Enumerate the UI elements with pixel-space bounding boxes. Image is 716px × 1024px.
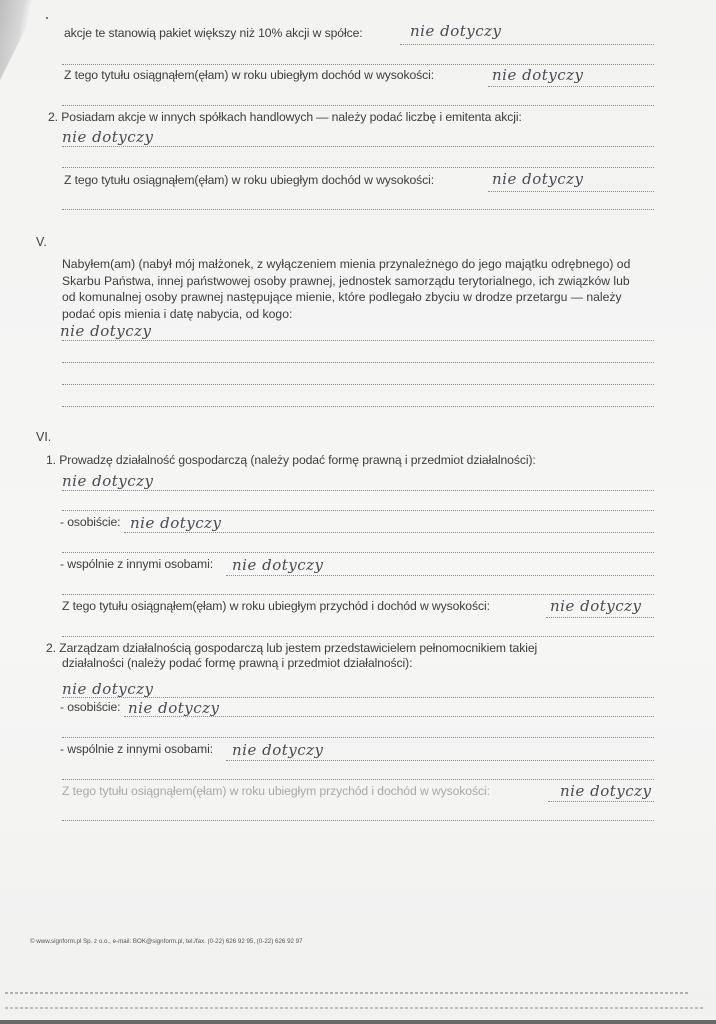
answer-line bbox=[62, 594, 654, 595]
answer-line bbox=[62, 209, 654, 210]
answer-line bbox=[62, 105, 654, 106]
answer-line bbox=[488, 191, 654, 192]
vi-item-1-joint-label: - wspólnie z innymi osobami: bbox=[60, 557, 213, 571]
answer-line bbox=[124, 532, 654, 533]
income-1-answer: nie dotyczy bbox=[492, 66, 584, 84]
answer-line bbox=[62, 340, 654, 341]
answer-line bbox=[226, 760, 654, 761]
vi-item-2-joint-label: - wspólnie z innymi osobami: bbox=[60, 742, 213, 756]
answer-line bbox=[548, 801, 654, 802]
answer-line bbox=[62, 406, 654, 407]
answer-line bbox=[546, 617, 654, 618]
answer-line bbox=[226, 575, 654, 576]
income-2-answer: nie dotyczy bbox=[492, 170, 584, 188]
vi-item-2-income-label: Z tego tytułu osiągnąłem(ęłam) w roku ub… bbox=[62, 784, 490, 798]
scan-artifact bbox=[5, 1007, 705, 1009]
item-2-shares-answer: nie dotyczy bbox=[62, 128, 154, 146]
answer-line bbox=[62, 510, 654, 511]
vi-item-1-label: 1. Prowadzę działalność gospodarczą (nal… bbox=[46, 453, 536, 467]
answer-line bbox=[62, 820, 654, 821]
section-vi-numeral: VI. bbox=[36, 430, 51, 444]
vi-item-1-personal-label: - osobiście: bbox=[60, 515, 120, 529]
answer-line bbox=[62, 146, 654, 147]
scan-edge bbox=[0, 1020, 716, 1024]
vi-item-2-personal-label: - osobiście: bbox=[60, 700, 120, 714]
scan-artifact bbox=[5, 992, 690, 994]
item-2-shares-label: 2. Posiadam akcje w innych spółkach hand… bbox=[48, 110, 522, 124]
vi-item-2-label-line1: 2. Zarządzam działalnością gospodarczą l… bbox=[46, 641, 537, 655]
answer-line bbox=[62, 552, 654, 553]
section-v-text: Nabyłem(am) (nabył mój małżonek, z wyłąc… bbox=[62, 256, 632, 322]
answer-line bbox=[62, 779, 654, 780]
scan-shadow bbox=[0, 0, 40, 80]
answer-line bbox=[62, 697, 654, 698]
scan-speck bbox=[46, 17, 48, 19]
scanned-form-page: akcje te stanowią pakiet większy niż 10%… bbox=[0, 0, 716, 1024]
answer-line bbox=[62, 636, 654, 637]
answer-line bbox=[62, 167, 654, 168]
answer-line bbox=[488, 86, 654, 87]
share-over-10-answer: nie dotyczy bbox=[410, 22, 502, 40]
answer-line bbox=[62, 384, 654, 385]
vi-item-1-joint-answer: nie dotyczy bbox=[232, 556, 324, 574]
answer-line bbox=[62, 737, 654, 738]
vi-item-2-label-line2: działalności (należy podać formę prawną … bbox=[62, 656, 412, 670]
section-v-answer: nie dotyczy bbox=[60, 322, 152, 340]
vi-item-2-joint-answer: nie dotyczy bbox=[232, 741, 324, 759]
vi-item-1-income-answer: nie dotyczy bbox=[550, 597, 642, 615]
answer-line bbox=[400, 44, 654, 45]
income-1-label: Z tego tytułu osiągnąłem(ęłam) w roku ub… bbox=[64, 68, 434, 82]
answer-line bbox=[62, 490, 654, 491]
vi-item-1-answer: nie dotyczy bbox=[62, 472, 154, 490]
income-2-label: Z tego tytułu osiągnąłem(ęłam) w roku ub… bbox=[64, 173, 434, 187]
vi-item-2-personal-answer: nie dotyczy bbox=[128, 699, 220, 717]
answer-line bbox=[62, 362, 654, 363]
vi-item-2-answer: nie dotyczy bbox=[62, 680, 154, 698]
section-v-numeral: V. bbox=[36, 235, 47, 249]
answer-line bbox=[62, 64, 654, 65]
vi-item-1-income-label: Z tego tytułu osiągnąłem(ęłam) w roku ub… bbox=[62, 599, 490, 613]
vi-item-1-personal-answer: nie dotyczy bbox=[130, 514, 222, 532]
vi-item-2-income-answer: nie dotyczy bbox=[560, 782, 652, 800]
share-over-10-label: akcje te stanowią pakiet większy niż 10%… bbox=[64, 26, 363, 40]
publisher-footer: © www.signform.pl Sp. z o.o., e-mail: BO… bbox=[30, 938, 303, 945]
